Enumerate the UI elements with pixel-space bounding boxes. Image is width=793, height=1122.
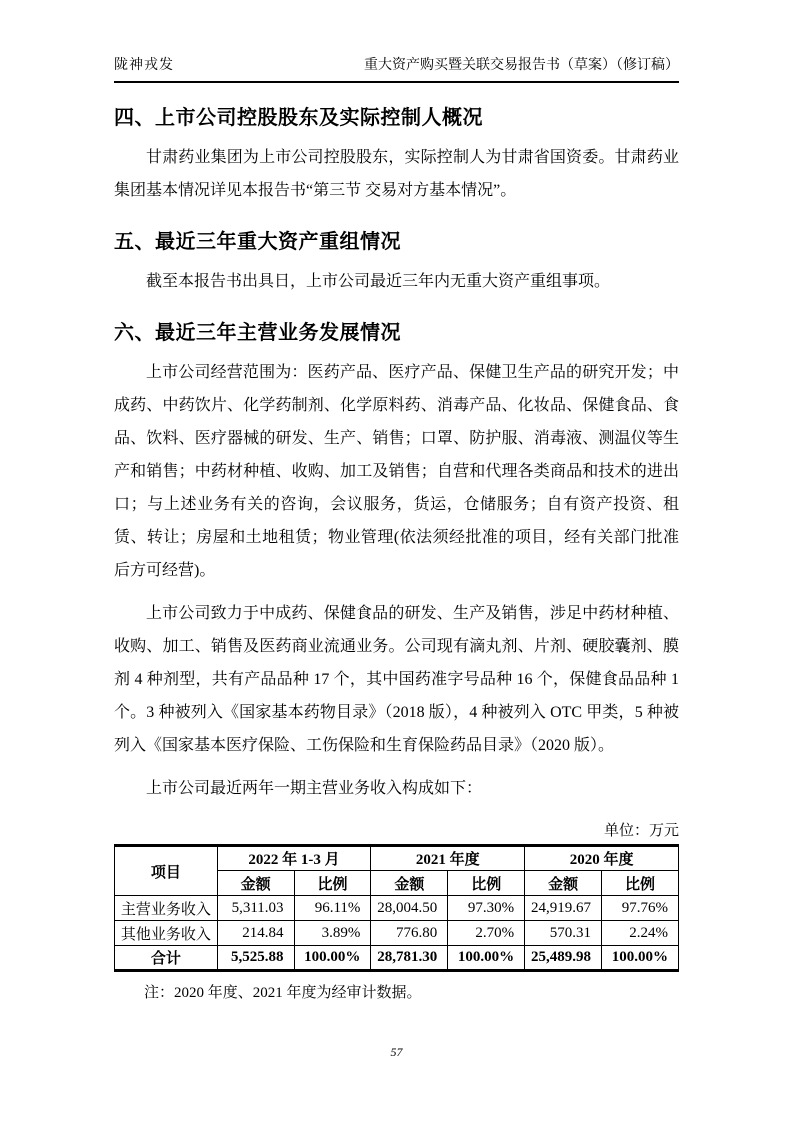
header-cell-amount-2022: 金额 [217,871,294,896]
page-number: 57 [0,1045,793,1060]
row-item-label: 合计 [115,946,218,971]
revenue-composition-table: 项目 2022 年 1-3 月 2021 年度 2020 年度 金额 比例 金额… [114,844,679,972]
table-row-main-revenue: 主营业务收入 5,311.03 96.11% 28,004.50 97.30% … [115,896,679,921]
section-4-paragraph: 甘肃药业集团为上市公司控股股东，实际控制人为甘肃省国资委。甘肃药业集团基本情况详… [114,141,679,207]
cell-ratio: 97.76% [602,896,679,921]
cell-ratio: 2.24% [602,921,679,946]
table-row-other-revenue: 其他业务收入 214.84 3.89% 776.80 2.70% 570.31 … [115,921,679,946]
cell-amount: 28,004.50 [371,896,448,921]
header-cell-ratio-2022: 比例 [294,871,371,896]
header-cell-period-2020: 2020 年度 [525,846,679,871]
section-4-heading: 四、上市公司控股股东及实际控制人概况 [114,105,679,131]
cell-ratio: 97.30% [448,896,525,921]
cell-amount: 28,781.30 [371,946,448,971]
cell-ratio: 3.89% [294,921,371,946]
cell-amount: 5,525.88 [217,946,294,971]
section-6-paragraph-1: 上市公司经营范围为：医药产品、医疗产品、保健卫生产品的研究开发；中成药、中药饮片… [114,356,679,587]
section-4: 四、上市公司控股股东及实际控制人概况 甘肃药业集团为上市公司控股股东，实际控制人… [114,105,679,207]
section-6-paragraph-2: 上市公司致力于中成药、保健食品的研发、生产及销售，涉足中药材种植、收购、加工、销… [114,597,679,762]
header-cell-ratio-2021: 比例 [448,871,525,896]
cell-amount: 24,919.67 [525,896,602,921]
cell-ratio: 100.00% [602,946,679,971]
section-6: 六、最近三年主营业务发展情况 上市公司经营范围为：医药产品、医疗产品、保健卫生产… [114,320,679,805]
cell-amount: 5,311.03 [217,896,294,921]
page-content: 陇神戎发 重大资产购买暨关联交易报告书（草案）（修订稿） 四、上市公司控股股东及… [0,0,793,1002]
document-page: 陇神戎发 重大资产购买暨关联交易报告书（草案）（修订稿） 四、上市公司控股股东及… [0,0,793,1122]
cell-amount: 570.31 [525,921,602,946]
header-cell-amount-2021: 金额 [371,871,448,896]
header-company-name: 陇神戎发 [114,54,174,74]
cell-amount: 776.80 [371,921,448,946]
row-item-label: 主营业务收入 [115,896,218,921]
table-header-row-periods: 项目 2022 年 1-3 月 2021 年度 2020 年度 [115,846,679,871]
cell-ratio: 96.11% [294,896,371,921]
table-note: 注：2020 年度、2021 年度为经审计数据。 [114,981,679,1002]
header-cell-item: 项目 [115,846,218,896]
header-cell-amount-2020: 金额 [525,871,602,896]
header-report-title: 重大资产购买暨关联交易报告书（草案）（修订稿） [364,54,679,74]
page-header: 陇神戎发 重大资产购买暨关联交易报告书（草案）（修订稿） [114,54,679,83]
table-row-total: 合计 5,525.88 100.00% 28,781.30 100.00% 25… [115,946,679,971]
cell-amount: 25,489.98 [525,946,602,971]
header-cell-ratio-2020: 比例 [602,871,679,896]
row-item-label: 其他业务收入 [115,921,218,946]
cell-ratio: 2.70% [448,921,525,946]
section-5-paragraph: 截至本报告书出具日，上市公司最近三年内无重大资产重组事项。 [114,265,679,298]
cell-ratio: 100.00% [294,946,371,971]
cell-ratio: 100.00% [448,946,525,971]
header-cell-period-2022: 2022 年 1-3 月 [217,846,371,871]
section-6-heading: 六、最近三年主营业务发展情况 [114,320,679,346]
cell-amount: 214.84 [217,921,294,946]
section-6-paragraph-3: 上市公司最近两年一期主营业务收入构成如下： [114,772,679,805]
table-unit-label: 单位：万元 [114,819,679,840]
section-5-heading: 五、最近三年重大资产重组情况 [114,229,679,255]
section-5: 五、最近三年重大资产重组情况 截至本报告书出具日，上市公司最近三年内无重大资产重… [114,229,679,298]
header-cell-period-2021: 2021 年度 [371,846,525,871]
